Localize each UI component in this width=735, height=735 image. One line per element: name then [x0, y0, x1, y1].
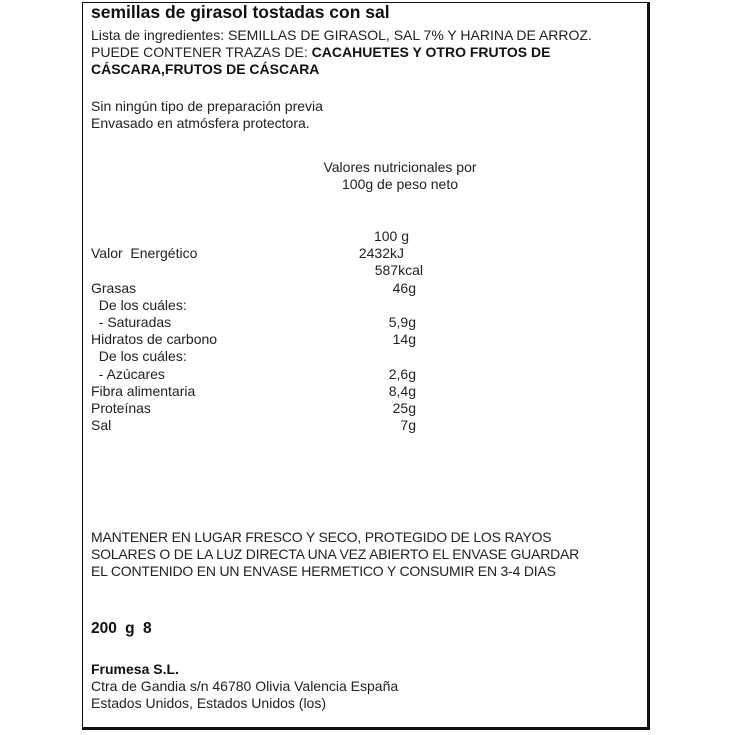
nutrition-row: Grasas46g — [91, 280, 431, 297]
allergen-list: CACAHUETES Y OTRO FRUTOS DE — [312, 44, 551, 60]
origin-country: Estados Unidos, Estados Unidos (los) — [91, 695, 398, 712]
net-weight: 200 g 8 — [91, 620, 152, 638]
nutrition-row: De los cuáles: — [91, 348, 431, 365]
nutrient-value: 2,6g — [389, 366, 416, 383]
nutrient-label: De los cuáles: — [91, 348, 187, 365]
nutrition-row: Fibra alimentaria8,4g — [91, 383, 431, 400]
company-name: Frumesa S.L. — [91, 661, 398, 678]
preparation-note: Sin ningún tipo de preparación previa — [91, 98, 323, 115]
nutrition-row: - Azúcares2,6g — [91, 366, 431, 383]
nutrient-value: 2432kJ — [359, 245, 404, 262]
company-block: Frumesa S.L. Ctra de Gandia s/n 46780 Ol… — [91, 661, 398, 712]
nutrient-label: Grasas — [91, 280, 136, 297]
nutrient-label: - Azúcares — [91, 366, 165, 383]
nutrition-header-line1: Valores nutricionales por — [300, 159, 500, 176]
nutrition-row: 587kcal — [91, 262, 431, 279]
allergen-warning: PUEDE CONTENER TRAZAS DE: CACAHUETES Y O… — [91, 44, 592, 61]
nutrition-row: Sal7g — [91, 417, 431, 434]
nutrient-value: 587kcal — [375, 262, 423, 279]
storage-instructions: MANTENER EN LUGAR FRESCO Y SECO, PROTEGI… — [91, 529, 579, 580]
nutrition-header: Valores nutricionales por 100g de peso n… — [300, 159, 500, 193]
preparation-block: Sin ningún tipo de preparación previa En… — [91, 98, 323, 132]
nutrient-label: Proteínas — [91, 400, 151, 417]
nutrient-value: 14g — [393, 331, 416, 348]
nutrient-label: Sal — [91, 417, 111, 434]
nutrition-header-line2: 100g de peso neto — [300, 176, 500, 193]
allergen-prefix: PUEDE CONTENER TRAZAS DE: — [91, 44, 312, 60]
storage-line-1: MANTENER EN LUGAR FRESCO Y SECO, PROTEGI… — [91, 529, 579, 546]
product-title: semillas de girasol tostadas con sal — [91, 2, 390, 23]
storage-line-2: SOLARES O DE LA LUZ DIRECTA UNA VEZ ABIE… — [91, 546, 579, 563]
nutrient-value: 46g — [393, 280, 416, 297]
nutrient-label: Valor Energético — [91, 245, 197, 262]
storage-line-3: EL CONTENIDO EN UN ENVASE HERMETICO Y CO… — [91, 563, 579, 580]
packaging-note: Envasado en atmósfera protectora. — [91, 115, 323, 132]
ingredients-block: Lista de ingredientes: SEMILLAS DE GIRAS… — [91, 27, 592, 78]
nutrient-label: Hidratos de carbono — [91, 331, 217, 348]
ingredients-list: Lista de ingredientes: SEMILLAS DE GIRAS… — [91, 27, 592, 44]
nutrient-label: De los cuáles: — [91, 297, 187, 314]
nutrition-row: Proteínas25g — [91, 400, 431, 417]
nutrient-label: - Saturadas — [91, 314, 171, 331]
nutrition-row: - Saturadas5,9g — [91, 314, 431, 331]
allergen-list-continued: CÁSCARA,FRUTOS DE CÁSCARA — [91, 61, 592, 78]
nutrition-row: Hidratos de carbono14g — [91, 331, 431, 348]
nutrient-value: 25g — [393, 400, 416, 417]
company-address: Ctra de Gandia s/n 46780 Olivia Valencia… — [91, 678, 398, 695]
nutrient-value: 5,9g — [389, 314, 416, 331]
nutrient-value: 100 g — [374, 228, 409, 245]
nutrient-label: Fibra alimentaria — [91, 383, 195, 400]
nutrition-row: Valor Energético2432kJ — [91, 245, 431, 262]
nutrition-row: De los cuáles: — [91, 297, 431, 314]
nutrient-value: 7g — [400, 417, 416, 434]
nutrition-row: 100 g — [91, 228, 431, 245]
nutrient-value: 8,4g — [389, 383, 416, 400]
